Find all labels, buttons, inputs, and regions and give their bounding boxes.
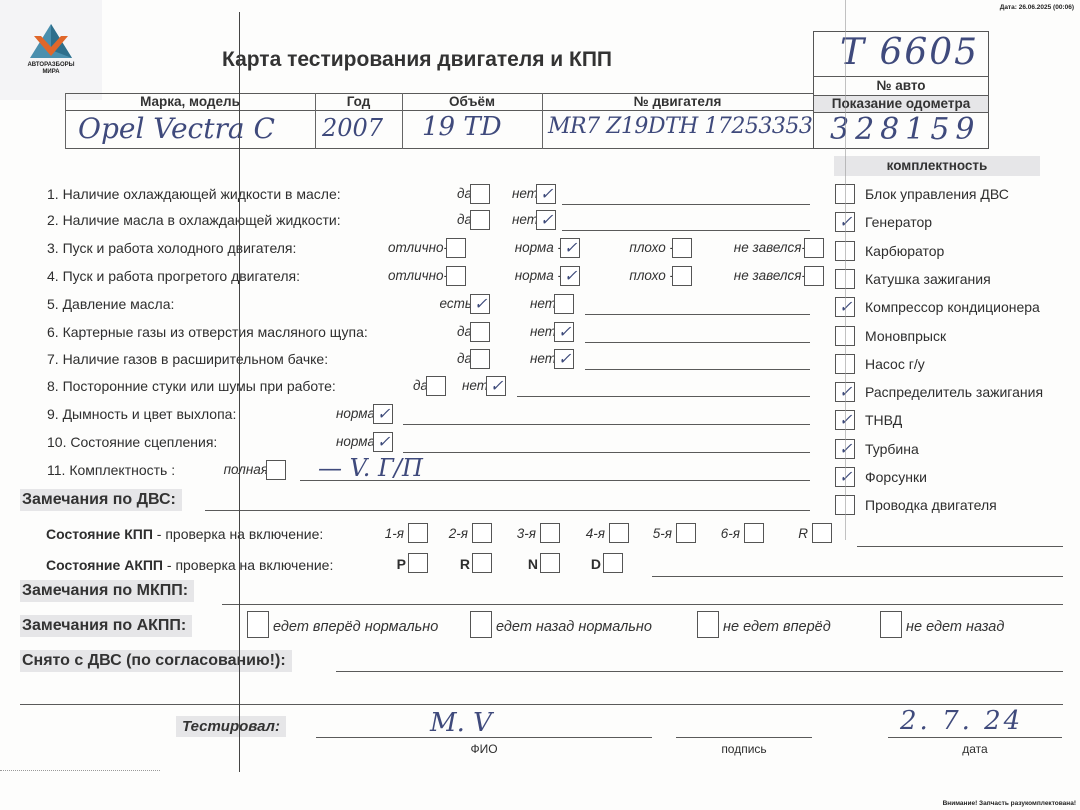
option-checkbox[interactable]: ✓: [536, 184, 556, 204]
option-checkbox[interactable]: ✓: [470, 294, 490, 314]
check-note-line[interactable]: [562, 230, 810, 231]
mkpp-remarks-label: Замечания по МКПП:: [20, 580, 194, 602]
date-caption: дата: [888, 742, 1062, 756]
gear-checkbox[interactable]: [676, 523, 696, 543]
check-mark-icon: ✓: [564, 240, 577, 256]
option-checkbox[interactable]: [470, 349, 490, 369]
gear-label: 1-я: [385, 526, 404, 541]
check-label-9: 9. Дымность и цвет выхлопа:: [47, 406, 236, 422]
logo-text-line1: АВТОРАЗБОРЫ: [0, 62, 102, 69]
gear-checkbox[interactable]: [408, 523, 428, 543]
print-date: Дата: 26.06.2025 (00:06): [1000, 4, 1074, 11]
check-mark-icon: ✓: [540, 186, 553, 202]
year-value: 2007: [322, 114, 383, 142]
option-checkbox[interactable]: [470, 210, 490, 230]
option-checkbox[interactable]: [672, 266, 692, 286]
option-label: отлично-: [388, 240, 448, 255]
removed-parts-label: Снято с ДВС (по согласованию!):: [20, 650, 292, 672]
auto-gear-checkbox[interactable]: [540, 553, 560, 573]
option-checkbox[interactable]: [672, 238, 692, 258]
option-label: плохо -: [629, 240, 674, 255]
signature-caption: подпись: [676, 742, 812, 756]
completeness-title: комплектность: [834, 156, 1040, 176]
tester-name-line[interactable]: [316, 737, 652, 738]
completeness-item-label: Проводка двигателя: [865, 497, 997, 513]
gear-label: R: [798, 526, 808, 541]
check-label-11: 11. Комплектность :: [47, 462, 175, 478]
check-note-line[interactable]: [517, 396, 810, 397]
option-label: нет: [530, 296, 556, 311]
fold-line-left: [239, 12, 240, 772]
date-value: 2. 7. 24: [900, 706, 1023, 736]
check-mark-icon: ✓: [377, 434, 390, 450]
removed-parts-line-2[interactable]: [20, 704, 1063, 705]
check-label-7: 7. Наличие газов в расширительном бачке:: [47, 351, 328, 367]
fold-line-right: [845, 0, 846, 540]
check-label-5: 5. Давление масла:: [47, 296, 174, 312]
year-label: Год: [315, 94, 402, 109]
option-checkbox[interactable]: [446, 266, 466, 286]
gear-label: 2-я: [449, 526, 468, 541]
auto-gear-checkbox[interactable]: [472, 553, 492, 573]
check-label-4: 4. Пуск и работа прогретого двигателя:: [47, 268, 300, 284]
option-checkbox[interactable]: [446, 238, 466, 258]
gear-checkbox[interactable]: [472, 523, 492, 543]
auto-gear-checkbox[interactable]: [603, 553, 623, 573]
check-mark-icon: ✓: [474, 296, 487, 312]
check-label-6: 6. Картерные газы из отверстия масляного…: [47, 324, 368, 340]
option-checkbox[interactable]: [470, 322, 490, 342]
akpp-option-checkbox[interactable]: [247, 611, 269, 638]
engine-number-value: MR7 Z19DTH 17253353: [548, 114, 812, 139]
tester-name-value: М. V: [430, 708, 492, 738]
akpp-option-label: едет вперёд нормально: [273, 619, 438, 635]
option-label: нет: [512, 186, 538, 201]
option-label: плохо -: [629, 268, 674, 283]
completeness-item-label: Генератор: [865, 214, 932, 230]
check-note-line[interactable]: [585, 314, 810, 315]
option-checkbox[interactable]: ✓: [486, 376, 506, 396]
check-mark-icon: ✓: [540, 212, 553, 228]
volume-label: Объём: [402, 94, 542, 109]
akpp-option-label: едет назад нормально: [496, 619, 652, 635]
check-note-line[interactable]: [403, 452, 810, 453]
car-number-value: Т 6605: [840, 32, 979, 73]
engine-number-label: № двигателя: [542, 94, 813, 109]
engine-remarks-label: Замечания по ДВС:: [20, 489, 182, 511]
option-label: отлично-: [388, 268, 448, 283]
auto-gearbox-label: Состояние АКПП - проверка на включение:: [46, 557, 333, 573]
akpp-option-checkbox[interactable]: [470, 611, 492, 638]
gear-label: 6-я: [721, 526, 740, 541]
gear-label: 4-я: [586, 526, 605, 541]
option-checkbox[interactable]: ✓: [560, 266, 580, 286]
option-label: не завелся-: [734, 240, 806, 255]
gear-checkbox[interactable]: [812, 523, 832, 543]
option-checkbox[interactable]: ✓: [373, 432, 393, 452]
option-label: норма: [336, 406, 375, 421]
make-model-label: Марка, модель: [65, 94, 315, 109]
tested-by-label: Тестировал:: [176, 716, 286, 737]
completeness-item-label: Турбина: [865, 441, 919, 457]
check-label-1: 1. Наличие охлаждающей жидкости в масле:: [47, 186, 341, 202]
logo-text-line2: МИРА: [0, 69, 102, 76]
make-model-value: Opel Vectra C: [78, 112, 275, 145]
check-note-line[interactable]: [403, 424, 810, 425]
company-logo: АВТОРАЗБОРЫ МИРА: [0, 0, 102, 100]
option-checkbox[interactable]: ✓: [560, 238, 580, 258]
check-label-2: 2. Наличие масла в охлаждающей жидкости:: [47, 212, 341, 228]
option-checkbox[interactable]: ✓: [373, 404, 393, 424]
completeness-item-label: Блок управления ДВС: [865, 186, 1009, 202]
akpp-remarks-label: Замечания по АКПП:: [20, 615, 192, 637]
check-note-line[interactable]: [585, 342, 810, 343]
option-checkbox[interactable]: [426, 376, 446, 396]
check-label-3: 3. Пуск и работа холодного двигателя:: [47, 240, 296, 256]
option-label: есть: [440, 296, 472, 311]
check-mark-icon: ✓: [558, 351, 571, 367]
check-mark-icon: ✓: [490, 378, 503, 394]
completeness-item-label: Компрессор кондиционера: [865, 299, 1040, 315]
completeness-item-label: Моновпрыск: [865, 328, 946, 344]
gear-label: 5-я: [653, 526, 672, 541]
check-label-8: 8. Посторонние стуки или шумы при работе…: [47, 378, 336, 394]
auto-gearbox-note-line[interactable]: [652, 576, 1063, 577]
check-mark-icon: ✓: [564, 268, 577, 284]
auto-gear-label: R: [460, 556, 470, 572]
manual-gearbox-note-line[interactable]: [857, 546, 1063, 547]
option-label: норма -: [515, 268, 562, 283]
check-note-line[interactable]: [562, 204, 810, 205]
mkpp-remarks-line[interactable]: [222, 604, 1063, 605]
option-checkbox[interactable]: ✓: [554, 322, 574, 342]
gear-checkbox[interactable]: [609, 523, 629, 543]
odometer-value: 328159: [830, 112, 981, 147]
completeness-item-label: Распределитель зажигания: [865, 384, 1043, 400]
auto-gear-label: P: [397, 556, 406, 572]
completeness-item-label: Насос г/у: [865, 356, 925, 372]
completeness-item-label: Карбюратор: [865, 243, 944, 259]
completeness-note-value: — V. Г/П: [318, 454, 423, 482]
completeness-item-label: Катушка зажигания: [865, 271, 991, 287]
option-label: нет: [530, 351, 556, 366]
option-checkbox[interactable]: [266, 460, 286, 480]
akpp-option-checkbox[interactable]: [880, 611, 902, 638]
option-label: норма: [336, 434, 375, 449]
option-label: норма -: [515, 240, 562, 255]
scan-artifact: [0, 770, 160, 772]
option-checkbox[interactable]: [804, 266, 824, 286]
signature-line[interactable]: [676, 737, 812, 738]
akpp-option-label: не едет вперёд: [723, 619, 831, 635]
page-title: Карта тестирования двигателя и КПП: [222, 48, 612, 72]
gear-checkbox[interactable]: [540, 523, 560, 543]
option-checkbox[interactable]: ✓: [536, 210, 556, 230]
check-mark-icon: ✓: [377, 406, 390, 422]
removed-parts-line[interactable]: [336, 671, 1063, 672]
odometer-label: Показание одометра: [814, 96, 988, 112]
logo-mark-icon: [28, 22, 74, 60]
footer-warning: Внимание! Запчасть разукомплектована!: [943, 800, 1076, 807]
auto-gear-checkbox[interactable]: [408, 553, 428, 573]
name-caption: ФИО: [316, 742, 652, 756]
check-mark-icon: ✓: [558, 324, 571, 340]
option-label: не завелся-: [734, 268, 806, 283]
date-line[interactable]: [888, 737, 1062, 738]
gear-checkbox[interactable]: [744, 523, 764, 543]
option-label: нет: [462, 378, 488, 393]
option-checkbox[interactable]: [554, 294, 574, 314]
completeness-item-label: ТНВД: [865, 412, 902, 428]
option-checkbox[interactable]: [804, 238, 824, 258]
auto-gear-label: D: [591, 556, 601, 572]
option-label: нет: [512, 212, 538, 227]
completeness-item-label: Форсунки: [865, 469, 927, 485]
car-number-label: № авто: [813, 78, 989, 93]
check-note-line[interactable]: [585, 369, 810, 370]
gear-label: 3-я: [517, 526, 536, 541]
manual-gearbox-label: Состояние КПП - проверка на включение:: [46, 526, 323, 542]
option-checkbox[interactable]: [470, 184, 490, 204]
volume-value: 19 TD: [422, 112, 502, 142]
akpp-option-checkbox[interactable]: [697, 611, 719, 638]
option-label: нет: [530, 324, 556, 339]
engine-remarks-line[interactable]: [205, 510, 810, 511]
check-label-10: 10. Состояние сцепления:: [47, 434, 217, 450]
option-label: полная: [224, 462, 268, 477]
akpp-option-label: не едет назад: [906, 619, 1004, 635]
option-checkbox[interactable]: ✓: [554, 349, 574, 369]
auto-gear-label: N: [528, 556, 538, 572]
